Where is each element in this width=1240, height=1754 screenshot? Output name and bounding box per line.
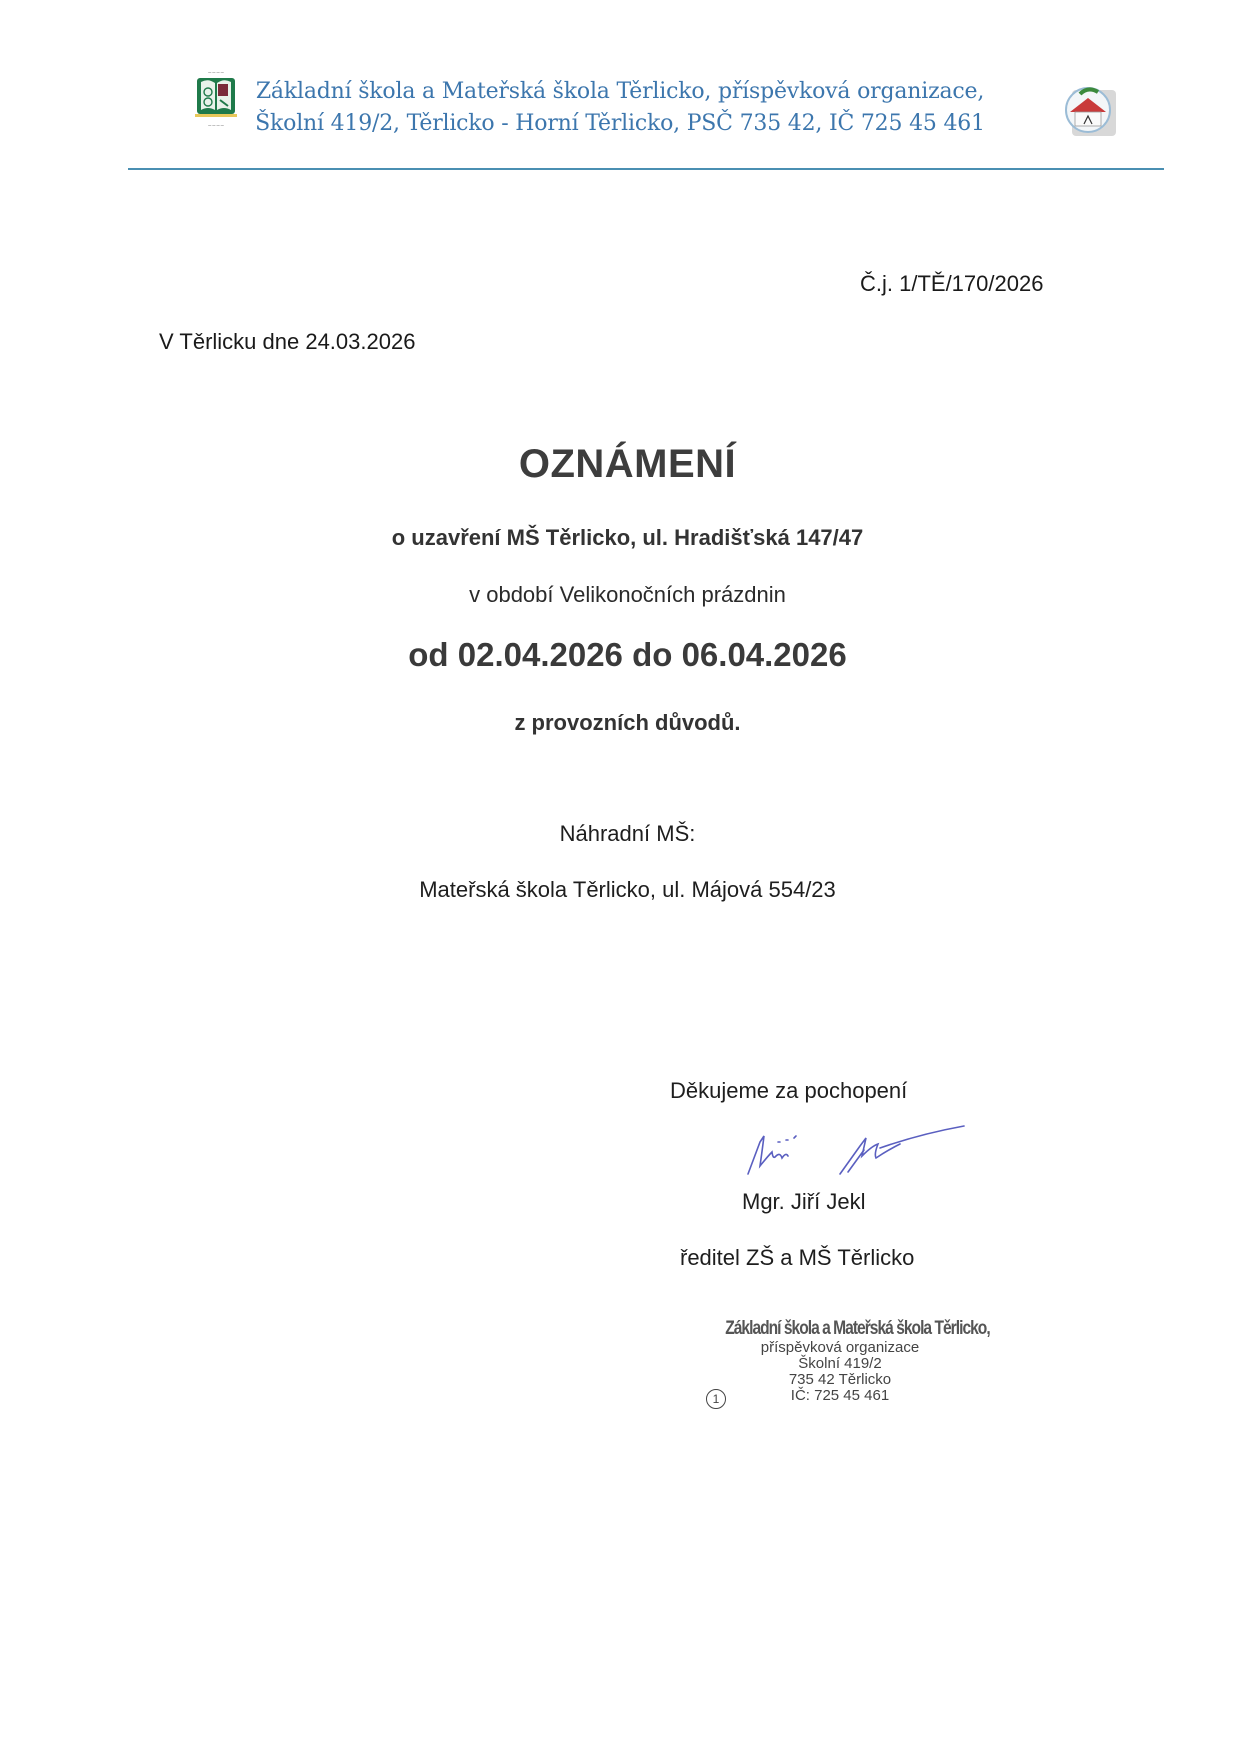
- alternative-school-label: Náhradní MŠ:: [0, 821, 1240, 847]
- letterhead-line-1: Základní škola a Mateřská škola Těrlicko…: [240, 76, 1000, 108]
- svg-text:~~~~: ~~~~: [208, 123, 225, 129]
- signer-name: Mgr. Jiří Jekl: [742, 1189, 865, 1215]
- thanks-text: Děkujeme za pochopení: [670, 1078, 907, 1104]
- stamp-line-1: Základní škola a Mateřská škola Těrlicko…: [725, 1318, 955, 1340]
- signer-role: ředitel ZŠ a MŠ Těrlicko: [680, 1245, 914, 1271]
- header-divider: [128, 168, 1164, 170]
- signature-icon: [740, 1122, 970, 1182]
- school-logo: ~~~~ ~~~~: [193, 68, 239, 130]
- svg-text:~~~~: ~~~~: [208, 70, 225, 76]
- stamp-line-4: 735 42 Těrlicko: [700, 1372, 980, 1388]
- reference-number: Č.j. 1/TĚ/170/2026: [860, 271, 1043, 297]
- closure-dates: od 02.04.2026 do 06.04.2026: [0, 636, 1240, 674]
- notice-period: v období Velikonočních prázdnin: [0, 582, 1240, 608]
- stamp-number-icon: 1: [706, 1389, 726, 1409]
- place-and-date: V Těrlicku dne 24.03.2026: [159, 329, 415, 355]
- stamp-line-5: IČ: 725 45 461: [700, 1388, 980, 1404]
- official-stamp: Základní škola a Mateřská škola Těrlicko…: [700, 1318, 980, 1404]
- stamp-line-3: Školní 419/2: [700, 1356, 980, 1372]
- notice-title: OZNÁMENÍ: [0, 442, 1240, 487]
- letterhead-line-2: Školní 419/2, Těrlicko - Horní Těrlicko,…: [240, 108, 1000, 140]
- closure-reason: z provozních důvodů.: [0, 710, 1240, 736]
- notice-subtitle: o uzavření MŠ Těrlicko, ul. Hradišťská 1…: [0, 525, 1240, 551]
- letterhead: Základní škola a Mateřská škola Těrlicko…: [240, 76, 1000, 140]
- alternative-school-value: Mateřská škola Těrlicko, ul. Májová 554/…: [0, 877, 1240, 903]
- stamp-line-2: příspěvková organizace: [700, 1340, 980, 1356]
- kindergarten-logo: [1058, 80, 1120, 142]
